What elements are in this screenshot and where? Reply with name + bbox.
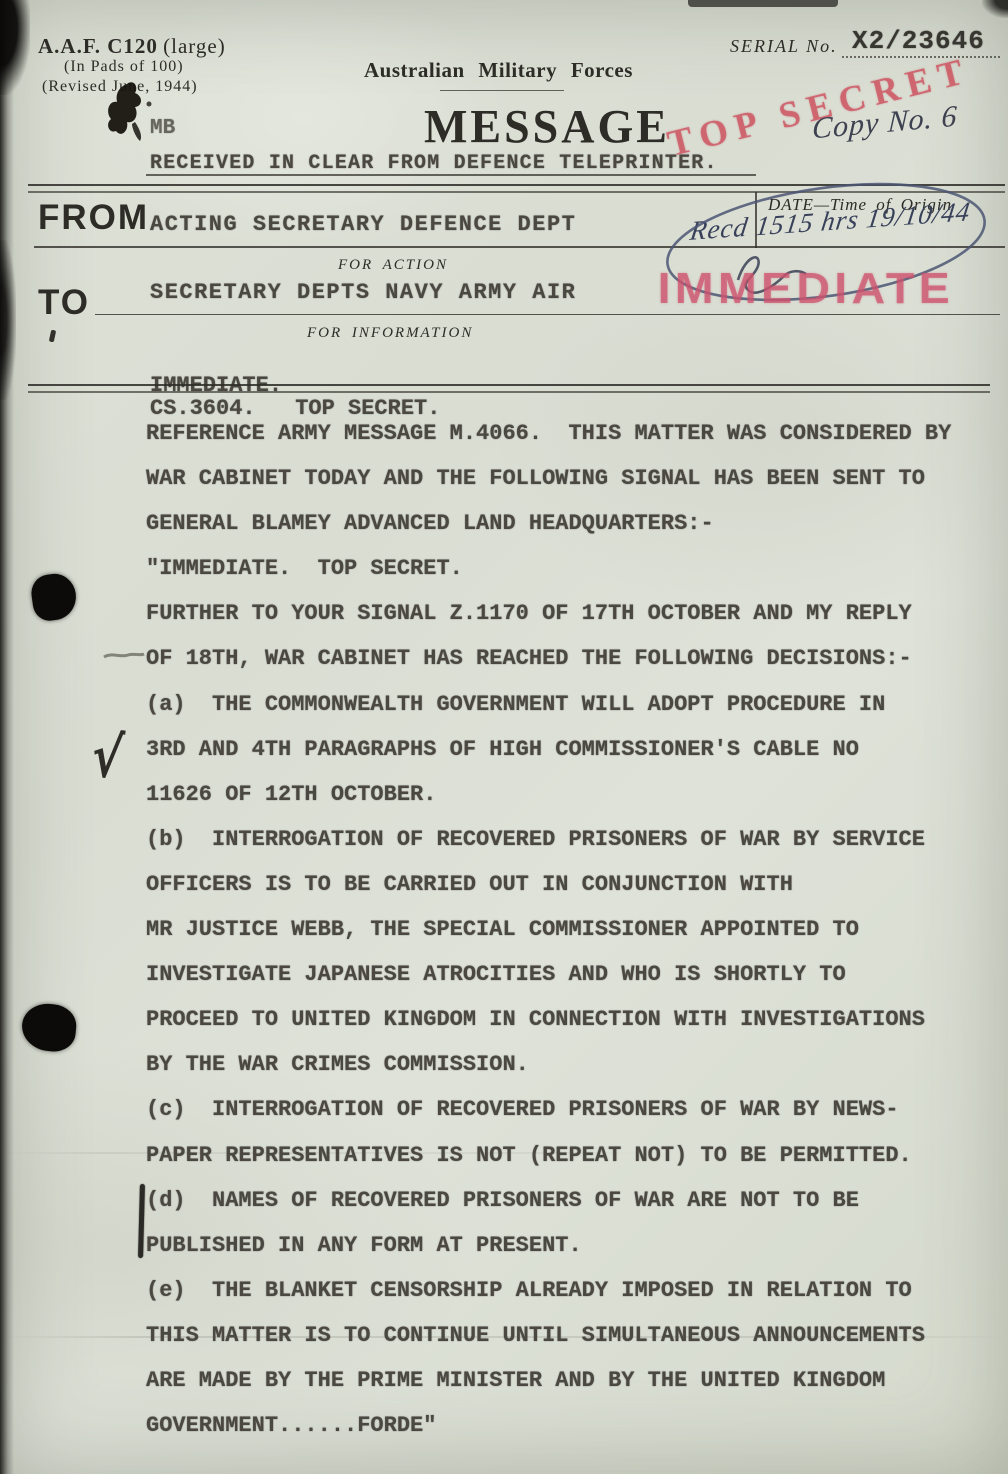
stray-pen-tick [49, 330, 56, 343]
form-pads-note: (In Pads of 100) [64, 58, 184, 76]
scan-left-edge [0, 0, 14, 1474]
serial-label: SERIAL No. [730, 36, 838, 57]
message-body-line: (b) INTERROGATION OF RECOVERED PRISONERS… [146, 828, 996, 873]
operator-initials: MB [150, 117, 175, 140]
for-action-label: FOR ACTION [338, 257, 448, 274]
to-value: SECRETARY DEPTS NAVY ARMY AIR [150, 280, 576, 305]
message-body-line: 3RD AND 4TH PARAGRAPHS OF HIGH COMMISSIO… [146, 738, 996, 783]
form-number-block: A.A.F. C120 (large) [38, 34, 226, 59]
for-information-label: FOR INFORMATION [307, 325, 473, 342]
form-size-note: (large) [163, 34, 226, 58]
margin-dash-scribble [102, 648, 146, 664]
message-body-line: PROCEED TO UNITED KINGDOM IN CONNECTION … [146, 1008, 996, 1053]
message-body-line: MR JUSTICE WEBB, THE SPECIAL COMMISSIONE… [146, 918, 996, 963]
message-body-line: INVESTIGATE JAPANESE ATROCITIES AND WHO … [146, 963, 996, 1008]
margin-check-mark: √ [89, 722, 127, 792]
reference-line: CS.3604. TOP SECRET. [150, 396, 440, 421]
from-label: FROM [38, 198, 149, 238]
message-body-line: BY THE WAR CRIMES COMMISSION. [146, 1053, 996, 1098]
message-body-line: OF 18TH, WAR CABINET HAS REACHED THE FOL… [146, 647, 996, 692]
message-body-line: REFERENCE ARMY MESSAGE M.4066. THIS MATT… [146, 422, 996, 467]
message-body-line: WAR CABINET TODAY AND THE FOLLOWING SIGN… [146, 467, 996, 512]
message-body-line: (e) THE BLANKET CENSORSHIP ALREADY IMPOS… [146, 1279, 996, 1324]
form-number: A.A.F. C120 [38, 34, 158, 58]
message-body-line: "IMMEDIATE. TOP SECRET. [146, 557, 996, 602]
margin-pen-stroke [138, 1184, 145, 1258]
message-body-line: (a) THE COMMONWEALTH GOVERNMENT WILL ADO… [146, 693, 996, 738]
scan-corner-blot-top-left [0, 0, 30, 95]
body-double-rule [28, 384, 990, 393]
scan-corner-smudge-top-right [982, 0, 1008, 18]
scan-top-edge-smudge [688, 0, 838, 7]
immediate-stamp: IMMEDIATE [658, 264, 954, 314]
message-body-line: GENERAL BLAMEY ADVANCED LAND HEADQUARTER… [146, 512, 996, 557]
message-body-line: FURTHER TO YOUR SIGNAL Z.1170 OF 17TH OC… [146, 602, 996, 647]
punch-hole [20, 1002, 78, 1054]
doc-title: MESSAGE [424, 99, 670, 154]
from-value: ACTING SECRETARY DEFENCE DEPT [150, 212, 576, 237]
message-form-scan: A.A.F. C120 (large) (In Pads of 100) (Re… [0, 0, 1008, 1474]
message-body-line: (d) NAMES OF RECOVERED PRISONERS OF WAR … [146, 1189, 996, 1234]
org-title-underline [440, 90, 564, 91]
message-body-line: GOVERNMENT......FORDE" [146, 1414, 996, 1459]
received-in-clear-line: RECEIVED IN CLEAR FROM DEFENCE TELEPRINT… [150, 152, 718, 175]
message-body-line: PUBLISHED IN ANY FORM AT PRESENT. [146, 1234, 996, 1279]
org-title: Australian Military Forces [364, 58, 633, 83]
message-body-line: OFFICERS IS TO BE CARRIED OUT IN CONJUNC… [146, 873, 996, 918]
message-body-line: (c) INTERROGATION OF RECOVERED PRISONERS… [146, 1098, 996, 1143]
to-underline [95, 314, 1000, 315]
message-body-line: 11626 OF 12TH OCTOBER. [146, 783, 996, 828]
message-body-line: PAPER REPRESENTATIVES IS NOT (REPEAT NOT… [146, 1144, 996, 1189]
to-label: TO [38, 283, 90, 323]
received-line-underline [146, 174, 756, 176]
message-body-line: THIS MATTER IS TO CONTINUE UNTIL SIMULTA… [146, 1324, 996, 1369]
message-body: REFERENCE ARMY MESSAGE M.4066. THIS MATT… [146, 422, 996, 1459]
punch-hole [29, 571, 79, 623]
message-body-line: ARE MADE BY THE PRIME MINISTER AND BY TH… [146, 1369, 996, 1414]
scan-left-edge-blob [0, 240, 16, 400]
